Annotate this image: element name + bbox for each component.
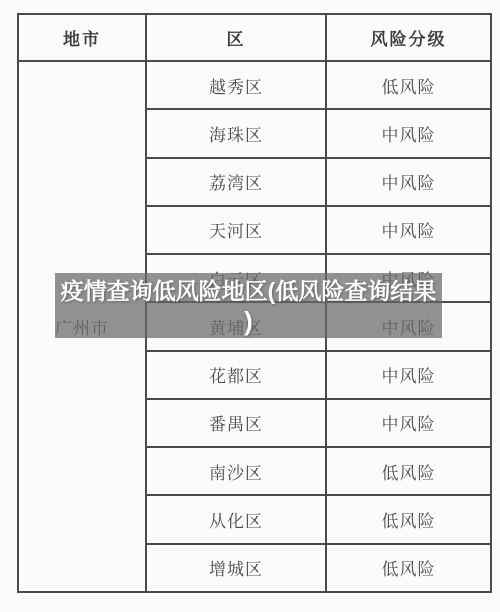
risk-cell: 中风险 [326,109,491,157]
risk-cell: 低风险 [326,61,491,109]
risk-cell: 低风险 [326,544,491,592]
page: 地市 区 风险分级 广州市越秀区低风险海珠区中风险荔湾区中风险天河区中风险白云区… [0,0,500,612]
header-city: 地市 [18,14,146,61]
table-row: 广州市越秀区低风险 [18,61,491,109]
risk-cell: 低风险 [326,495,491,543]
header-row: 地市 区 风险分级 [18,14,491,61]
headline-overlay: 疫情查询低风险地区(低风险查询结果 ) [55,273,442,338]
district-cell: 越秀区 [146,61,326,109]
headline-text-line1: 疫情查询低风险地区(低风险查询结果 [55,276,442,306]
district-cell: 南沙区 [146,447,326,495]
district-cell: 花都区 [146,351,326,399]
header-district: 区 [146,14,326,61]
district-cell: 天河区 [146,206,326,254]
header-risk: 风险分级 [326,14,491,61]
risk-cell: 中风险 [326,206,491,254]
risk-cell: 中风险 [326,351,491,399]
risk-cell: 中风险 [326,158,491,206]
district-cell: 从化区 [146,495,326,543]
district-cell: 海珠区 [146,109,326,157]
risk-cell: 中风险 [326,399,491,447]
district-cell: 增城区 [146,544,326,592]
district-cell: 番禺区 [146,399,326,447]
district-cell: 荔湾区 [146,158,326,206]
headline-text-line2: ) [55,306,442,336]
risk-cell: 低风险 [326,447,491,495]
